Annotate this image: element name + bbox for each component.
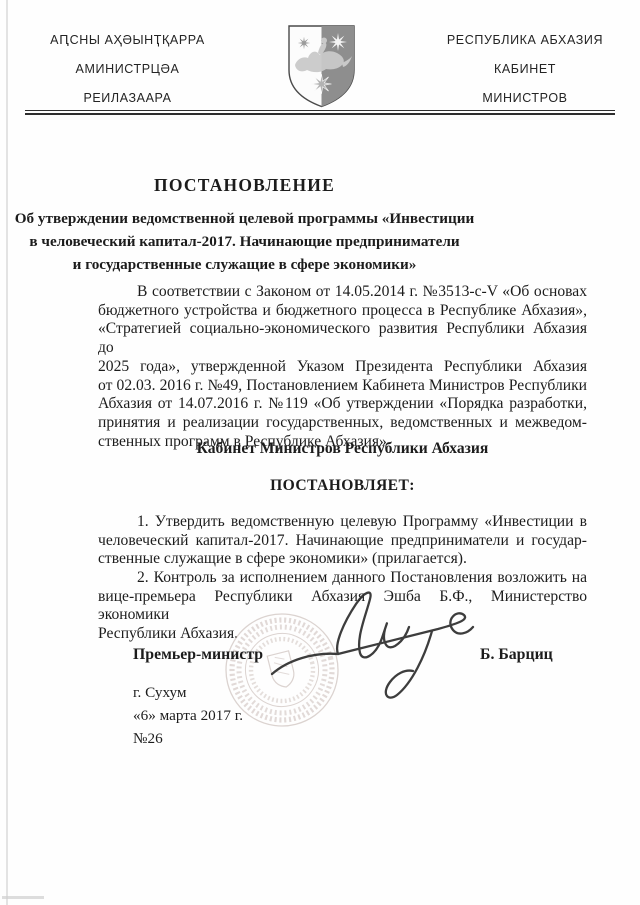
item1-line: ственные служащие в сфере экономики» (пр… bbox=[98, 550, 587, 569]
item2-line: 2. Контроль за исполнением данного Поста… bbox=[98, 569, 587, 588]
preamble-line: Абхазия от 14.07.2016 г. №119 «Об утверж… bbox=[98, 395, 587, 414]
item1-line: 1. Утвердить ведомственную целевую Прогр… bbox=[98, 513, 587, 532]
resolving-authority: Кабинет Министров Республики Абхазия bbox=[98, 440, 587, 458]
scan-edge-artifact bbox=[6, 0, 8, 905]
signer-name-label: Б. Барциц bbox=[480, 646, 553, 664]
issue-date: «6» марта 2017 г. bbox=[133, 707, 243, 725]
signer-post-label: Премьер-министр bbox=[133, 646, 263, 664]
signature-autograph-icon bbox=[264, 586, 480, 712]
decree-document-page: АԤСНЫ АҲӘЫНҬҚАРРА АМИНИСТРЦӘА РЕИЛАЗААРА bbox=[0, 0, 640, 905]
preamble-line: бюджетного устройства и бюджетного проце… bbox=[98, 302, 587, 321]
issue-city: г. Сухум bbox=[133, 684, 186, 702]
signature-autograph-svg bbox=[264, 586, 480, 712]
preamble-line: принятия и реализации государственных, в… bbox=[98, 414, 587, 433]
preamble-line: от 02.03. 2016 г. №49, Постановлением Ка… bbox=[98, 377, 587, 396]
decree-item-1: 1. Утвердить ведомственную целевую Прогр… bbox=[98, 513, 587, 569]
decree-word: ПОСТАНОВЛЯЕТ: bbox=[98, 477, 587, 495]
document-body: В соответствии с Законом от 14.05.2014 г… bbox=[98, 0, 587, 905]
decree-number: №26 bbox=[133, 730, 163, 748]
preamble-line: «Стратегией социально-экономического раз… bbox=[98, 320, 587, 357]
preamble-paragraph: В соответствии с Законом от 14.05.2014 г… bbox=[98, 283, 587, 451]
preamble-line: 2025 года», утвержденной Указом Президен… bbox=[98, 358, 587, 377]
preamble-line: В соответствии с Законом от 14.05.2014 г… bbox=[98, 283, 587, 302]
scan-smudge-artifact bbox=[2, 896, 44, 899]
item1-line: человеческий капитал-2017. Начинающие пр… bbox=[98, 532, 587, 551]
